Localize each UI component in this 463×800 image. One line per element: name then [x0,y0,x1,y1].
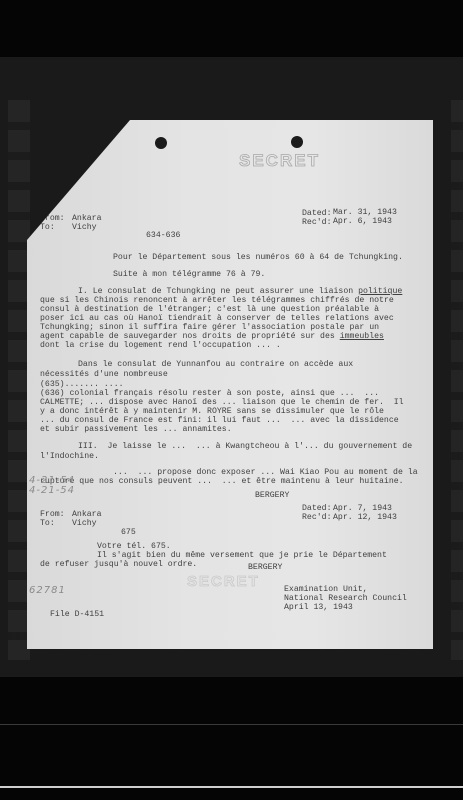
signature: BERGERY [255,491,289,501]
recd-label: Rec'd: [302,513,331,523]
punch-hole-icon [155,137,167,149]
telegram-number: 634-636 [146,231,180,241]
document-page: SECRET From: Ankara To: Vichy Dated: Mar… [27,120,433,649]
telegram-number: 675 [121,528,136,538]
underlined-word: immeubles [340,332,384,341]
underlined-word: politique [358,287,402,296]
signature: BERGERY [248,563,282,573]
unit-line: April 13, 1943 [284,603,353,613]
secret-stamp: SECRET [239,151,320,171]
to-value: Vichy [72,519,97,529]
to-label: To: [40,223,55,233]
handwritten-line: 4-21-54 [29,486,75,496]
para-3-line: l'Indochine. [40,452,99,462]
recd-label: Rec'd: [302,218,331,228]
para-2-line: et subir passivement les ... annamites. [40,425,232,435]
recd-value: Apr. 12, 1943 [333,513,397,523]
para-1-text: agent capable de sauvegarder nos droits … [40,332,340,341]
film-edge [0,786,463,788]
recd-value: Apr. 6, 1943 [333,217,392,227]
handwritten-note: 4-21-54 4-21-54 [29,476,75,496]
film-perforation-right [451,100,463,660]
para-4-line: rupture que nos consuls peuvent ... ... … [40,477,404,487]
punch-hole-icon [291,136,303,148]
handwritten-file-number: 62781 [29,586,66,596]
para-1-text: I. Le consulat de Tchungking ne peut ass… [78,287,358,296]
body-line: Pour le Département sous les numéros 60 … [113,253,403,263]
para-3-line: III. Je laisse le ... ... à Kwangtcheou … [78,442,412,452]
film-rule [0,724,463,725]
to-value: Vichy [72,223,97,233]
body-line: de refuser jusqu'à nouvel ordre. [40,560,197,570]
to-label: To: [40,519,55,529]
para-1-line: dont la crise du logement rend l'occupat… [40,341,281,351]
para-2-line: Dans le consulat de Yunnanfou au contrai… [78,360,353,370]
film-perforation-left [8,100,30,660]
file-number: File D-4151 [50,610,104,620]
para-2-line: nécessités d'une nombreuse [40,370,168,380]
secret-stamp-faint: SECRET [187,573,260,590]
body-line: Suite à mon télégramme 76 à 79. [113,270,265,280]
